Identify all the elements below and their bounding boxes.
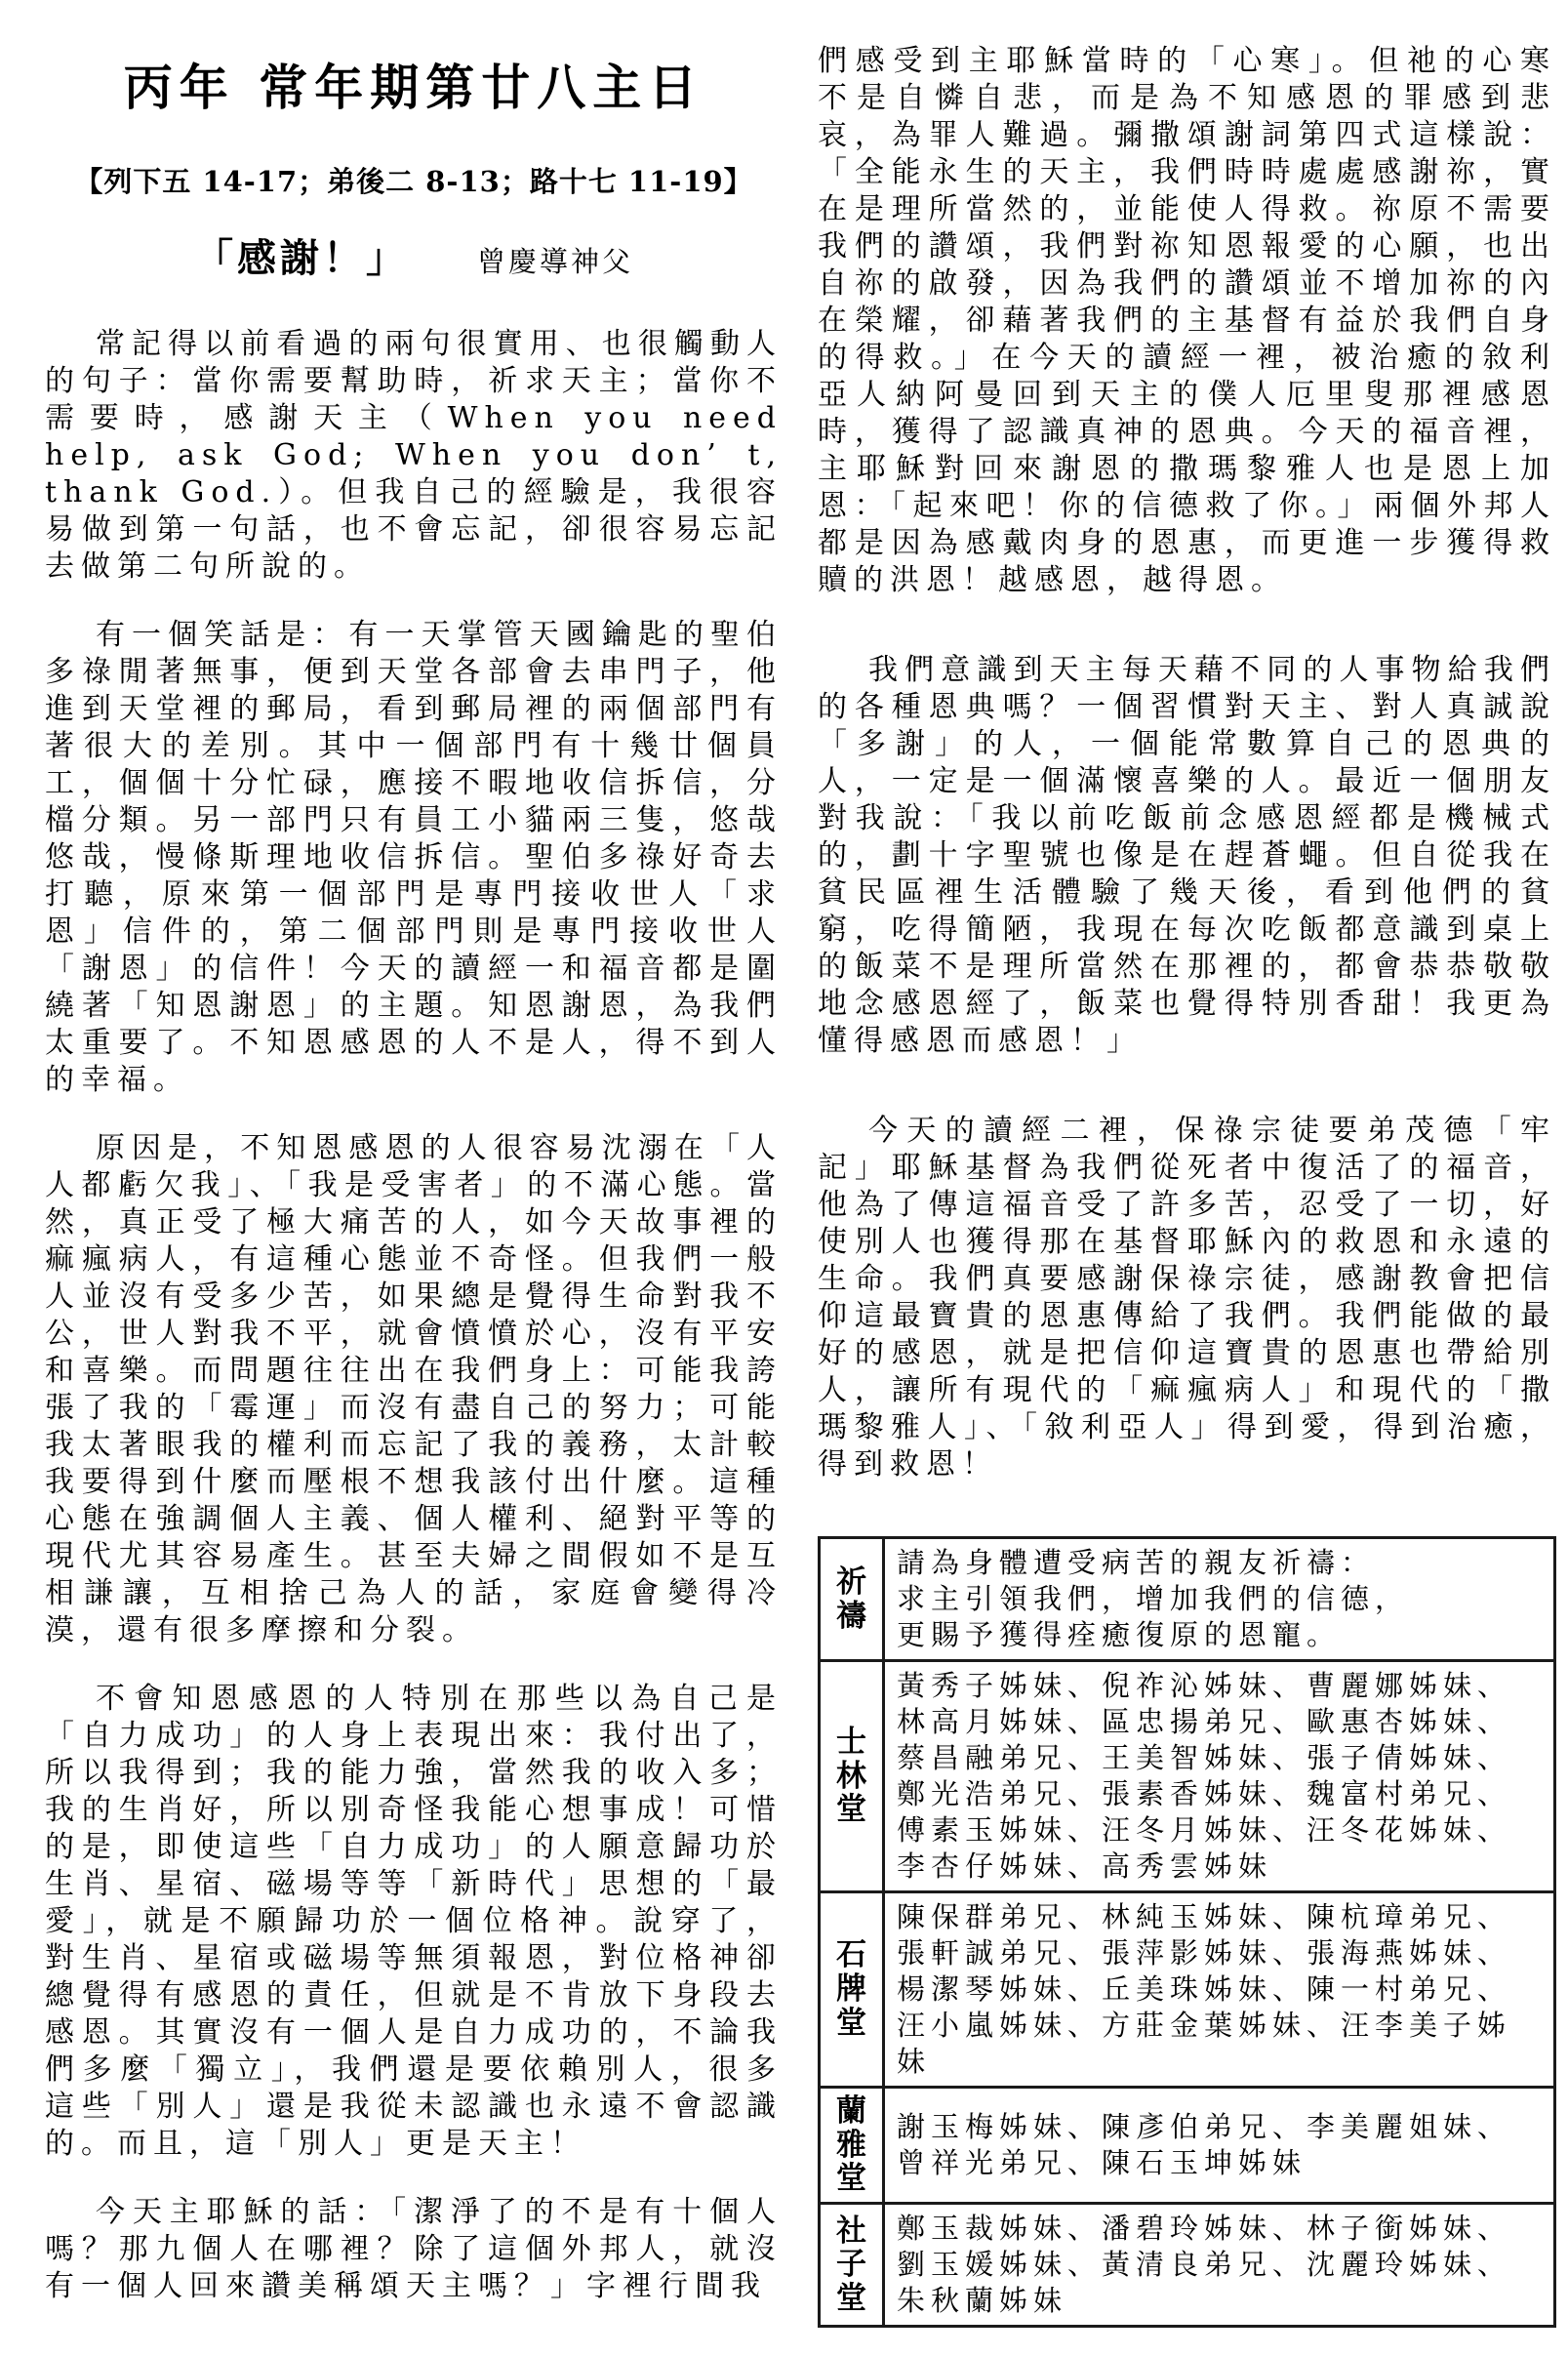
row-content-cell: 鄭玉裁姊妹、潘碧玲姊妹、林子銜姊妹、劉玉媛姊妹、黃清良弟兄、沈麗玲姊妹、朱秋蘭姊… (884, 2204, 1555, 2327)
paragraph-1: 常記得以前看過的兩句很實用、也很觸動人的句子：當你需要幫助時，祈求天主；當你不需… (45, 326, 783, 586)
right-column: 們感受到主耶穌當時的「心寒」。但祂的心寒不是自憐自悲，而是為不知感恩的罪感到悲哀… (818, 43, 1556, 2336)
row-label-cell: 祈禱 (820, 1538, 884, 1661)
row-content-cell: 謝玉梅姊妹、陳彥伯弟兄、李美麗姐妹、曾祥光弟兄、陳石玉坤姊妹 (884, 2088, 1555, 2204)
left-column: 丙年 常年期第廿八主日 【列下五 14-17；弟後二 8-13；路十七 11-1… (45, 43, 783, 2336)
row-label-cell: 社子堂 (820, 2204, 884, 2327)
scripture-reference: 【列下五 14-17；弟後二 8-13；路十七 11-19】 (45, 160, 783, 200)
paragraph-5: 今天主耶穌的話：「潔淨了的不是有十個人嗎？那九個人在哪裡？除了這個外邦人，就沒有… (45, 2194, 783, 2305)
row-label-cell: 士林堂 (820, 1661, 884, 1892)
table-row-prayer: 祈禱 請為身體遭受病苦的親友祈禱： 求主引領我們，增加我們的信德， 更賜予獲得痊… (820, 1538, 1555, 1661)
row-label-cell: 石牌堂 (820, 1892, 884, 2088)
paragraph-8: 今天的讀經二裡，保祿宗徒要弟茂德「牢記」耶穌基督為我們從死者中復活了的福音，他為… (818, 1113, 1556, 1483)
page-title: 丙年 常年期第廿八主日 (45, 49, 783, 119)
row-content-cell: 黃秀子姊妹、倪祚沁姊妹、曹麗娜姊妹、林高月姊妹、區忠揚弟兄、歐惠杏姊妹、蔡昌融弟… (884, 1661, 1555, 1892)
author-name: 曾慶導神父 (477, 240, 633, 280)
prayer-table: 祈禱 請為身體遭受病苦的親友祈禱： 求主引領我們，增加我們的信德， 更賜予獲得痊… (818, 1536, 1556, 2328)
row-label-cell: 蘭雅堂 (820, 2088, 884, 2204)
paragraph-3: 原因是，不知恩感恩的人很容易沈溺在「人人都虧欠我」、「我是受害者」的不滿心態。當… (45, 1130, 783, 1649)
bulletin-page: 丙年 常年期第廿八主日 【列下五 14-17；弟後二 8-13；路十七 11-1… (0, 0, 1568, 2356)
row-content-cell: 陳保群弟兄、林純玉姊妹、陳杭璋弟兄、張軒誠弟兄、張萍影姊妹、張海燕姊妹、楊潔琴姊… (884, 1892, 1555, 2088)
table-row-shezi: 社子堂 鄭玉裁姊妹、潘碧玲姊妹、林子銜姊妹、劉玉媛姊妹、黃清良弟兄、沈麗玲姊妹、… (820, 2204, 1555, 2327)
sermon-header: 「感謝！」 曾慶導神父 (45, 227, 783, 283)
paragraph-7: 我們意識到天主每天藉不同的人事物給我們的各種恩典嗎？一個習慣對天主、對人真誠說「… (818, 652, 1556, 1060)
row-content-cell: 請為身體遭受病苦的親友祈禱： 求主引領我們，增加我們的信德， 更賜予獲得痊癒復原… (884, 1538, 1555, 1661)
paragraph-4: 不會知恩感恩的人特別在那些以為自己是「自力成功」的人身上表現出來：我付出了，所以… (45, 1681, 783, 2163)
table-row-shilin: 士林堂 黃秀子姊妹、倪祚沁姊妹、曹麗娜姊妹、林高月姊妹、區忠揚弟兄、歐惠杏姊妹、… (820, 1661, 1555, 1892)
paragraph-2: 有一個笑話是：有一天掌管天國鑰匙的聖伯多祿閒著無事，便到天堂各部會去串門子，他進… (45, 617, 783, 1099)
paragraph-6: 們感受到主耶穌當時的「心寒」。但祂的心寒不是自憐自悲，而是為不知感恩的罪感到悲哀… (818, 43, 1556, 599)
table-row-shipai: 石牌堂 陳保群弟兄、林純玉姊妹、陳杭璋弟兄、張軒誠弟兄、張萍影姊妹、張海燕姊妹、… (820, 1892, 1555, 2088)
table-row-lanya: 蘭雅堂 謝玉梅姊妹、陳彥伯弟兄、李美麗姐妹、曾祥光弟兄、陳石玉坤姊妹 (820, 2088, 1555, 2204)
sermon-title: 「感謝！」 (194, 227, 409, 283)
